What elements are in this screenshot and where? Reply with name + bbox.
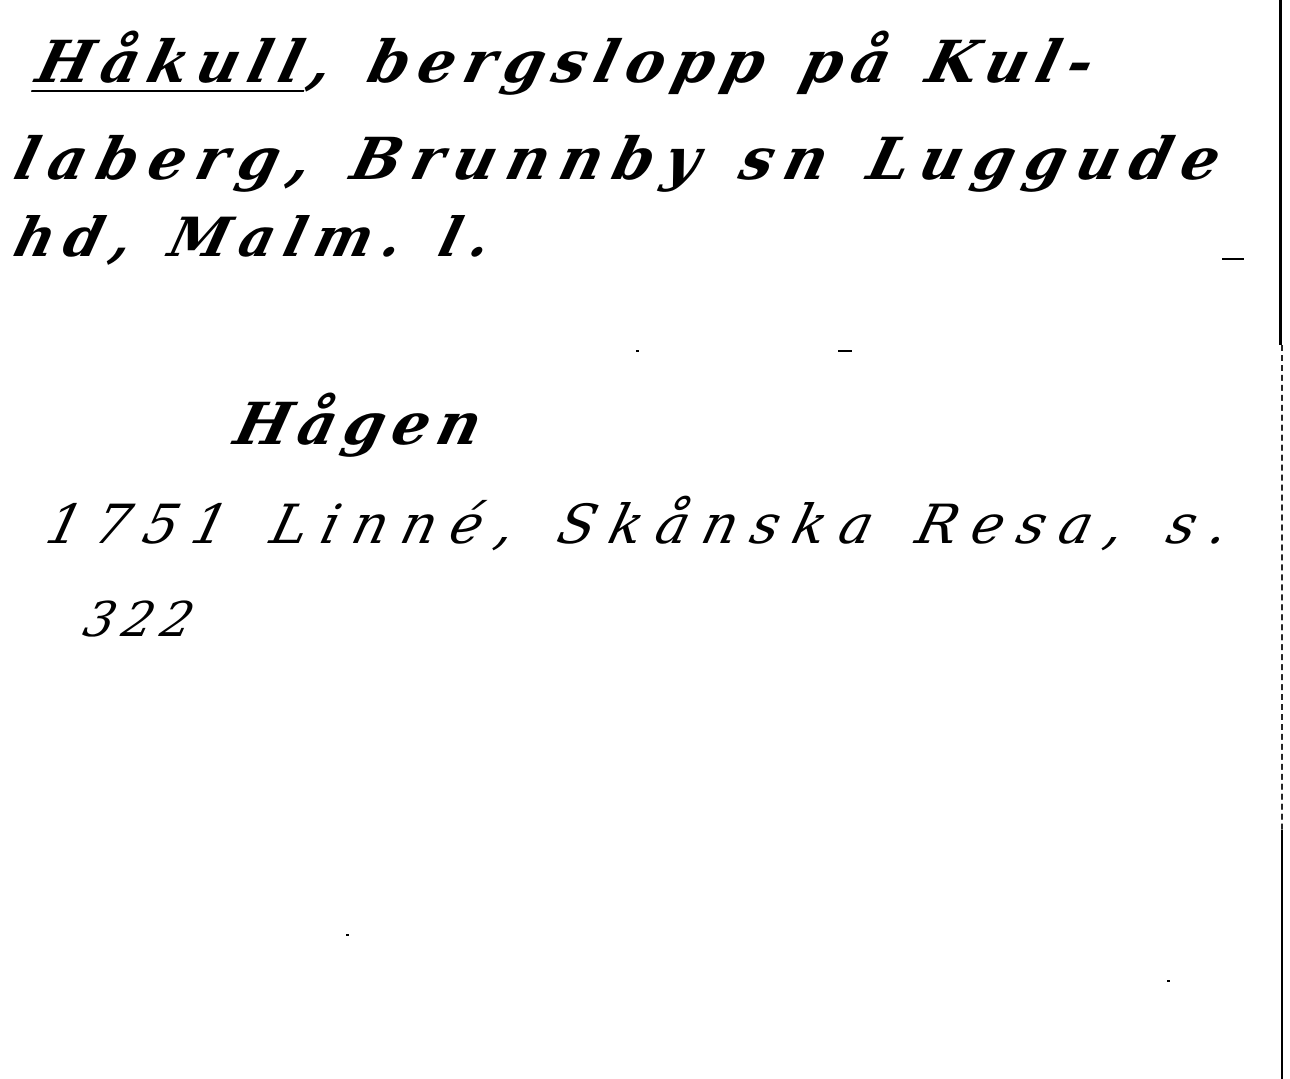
scan-speck [1222,258,1244,260]
index-card: Håkull, bergslopp på Kul- laberg, Brunnb… [0,0,1290,1079]
entry-2-citation-line-1: 1751 Linné, Skånska Resa, s. [40,493,1249,556]
entry-1-line-2: laberg, Brunnby sn Luggude [8,125,1239,193]
card-right-edge [1279,0,1282,345]
entry-1-line-1-text: , bergslopp på Kul- [303,28,1110,96]
entry-1-headword: Håkull [30,28,320,96]
entry-2-citation-line-2: 322 [78,592,208,648]
entry-2-headword: Hågen [228,390,497,458]
scan-speck [1167,980,1170,982]
entry-1-line-1: Håkull, bergslopp på Kul- [30,28,1110,96]
card-right-edge-lower [1281,830,1283,1079]
scan-speck [636,350,639,352]
entry-1-line-3: hd, Malm. l. [8,205,508,269]
scan-speck [346,934,349,936]
scan-speck [838,350,852,352]
